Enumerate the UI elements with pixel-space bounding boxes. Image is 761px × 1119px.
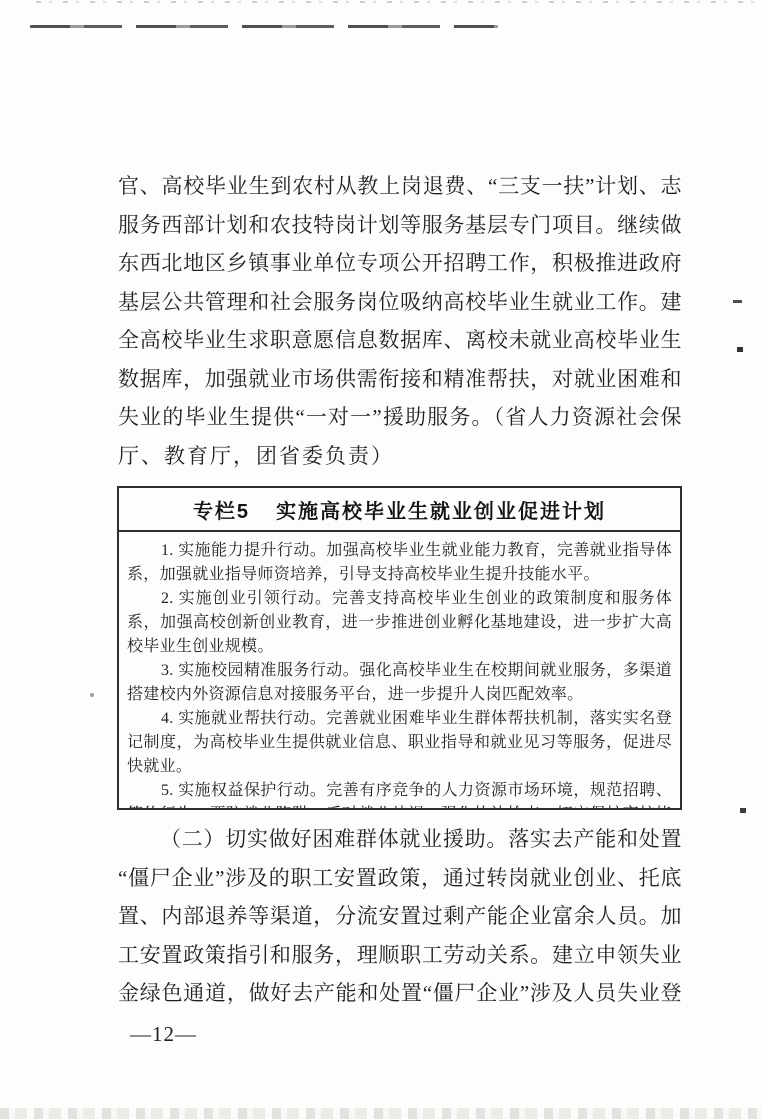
clause-heading: （二）切实做好困难群体就业援助。: [160, 827, 508, 851]
text-line: 金绿色通道，做好去产能和处置“僵尸企业”涉及人员失业登: [118, 974, 682, 1013]
column-panel-5: 专栏5 实施高校毕业生就业创业促进计划 1. 实施能力提升行动。加强高校毕业生就…: [117, 486, 682, 810]
scan-artifact-right-dot: [737, 347, 743, 352]
page-number: —12—: [130, 1022, 197, 1047]
panel-header: 专栏5 实施高校毕业生就业创业促进计划: [119, 488, 680, 532]
text-line: 数据库，加强就业市场供需衔接和精准帮扶，对就业困难和长期: [118, 360, 682, 399]
scan-artifact-right-dot: [740, 808, 746, 813]
text-line: 工安置政策指引和服务，理顺职工劳动关系。建立申领失业保险: [118, 936, 682, 975]
scan-artifact-right-dash: [733, 300, 742, 303]
text-line: （二）切实做好困难群体就业援助。落实去产能和处置: [118, 820, 682, 859]
text-line: 官、高校毕业生到农村从教上岗退费、“三支一扶”计划、志愿: [118, 167, 682, 206]
document-page: 官、高校毕业生到农村从教上岗退费、“三支一扶”计划、志愿服务西部计划和农技特岗计…: [0, 0, 761, 1119]
panel-item: 5. 实施权益保护行动。完善有序竞争的人力资源市场环境，规范招聘、签约行为，严防…: [127, 779, 672, 810]
text-line: 失业的毕业生提供“一对一”援助服务。（省人力资源社会保障: [118, 398, 682, 437]
paragraph-employment-grassroots: 官、高校毕业生到农村从教上岗退费、“三支一扶”计划、志愿服务西部计划和农技特岗计…: [118, 167, 682, 475]
panel-item: 4. 实施就业帮扶行动。完善就业困难毕业生群体帮扶机制，落实实名登记制度，为高校…: [127, 707, 672, 779]
text-line: 基层公共管理和社会服务岗位吸纳高校毕业生就业工作。建立健: [118, 283, 682, 322]
panel-body: 1. 实施能力提升行动。加强高校毕业生就业能力教育，完善就业指导体系，加强就业指…: [119, 532, 680, 810]
panel-item: 2. 实施创业引领行动。完善支持高校毕业生创业的政策制度和服务体系，加强高校创新…: [127, 587, 672, 659]
scan-artifact-bottom-noise: [0, 1108, 761, 1119]
paragraph-difficult-groups-aid: （二）切实做好困难群体就业援助。落实去产能和处置“僵尸企业”涉及的职工安置政策，…: [118, 820, 682, 1013]
panel-item: 1. 实施能力提升行动。加强高校毕业生就业能力教育，完善就业指导体系，加强就业指…: [127, 539, 672, 587]
scan-artifact-top-broken-line: [30, 25, 498, 28]
scan-artifact-left-dot: [90, 693, 94, 697]
panel-label: 专栏5: [193, 495, 250, 524]
panel-item: 3. 实施校园精准服务行动。强化高校毕业生在校期间就业服务，多渠道搭建校内外资源…: [127, 659, 672, 707]
text-line: 东西北地区乡镇事业单位专项公开招聘工作，积极推进政府购买: [118, 244, 682, 283]
text-line: 服务西部计划和农技特岗计划等服务基层专门项目。继续做好粤: [118, 206, 682, 245]
scan-artifact-top-faint-line: [36, 1, 758, 3]
text-line: 置、内部退养等渠道，分流安置过剩产能企业富余人员。加强职: [118, 897, 682, 936]
text-line: 厅、教育厅，团省委负责）: [118, 437, 682, 476]
text-line: “僵尸企业”涉及的职工安置政策，通过转岗就业创业、托底安: [118, 859, 682, 898]
panel-title: 实施高校毕业生就业创业促进计划: [276, 495, 606, 524]
text-line: 全高校毕业生求职意愿信息数据库、离校未就业高校毕业生信息: [118, 321, 682, 360]
